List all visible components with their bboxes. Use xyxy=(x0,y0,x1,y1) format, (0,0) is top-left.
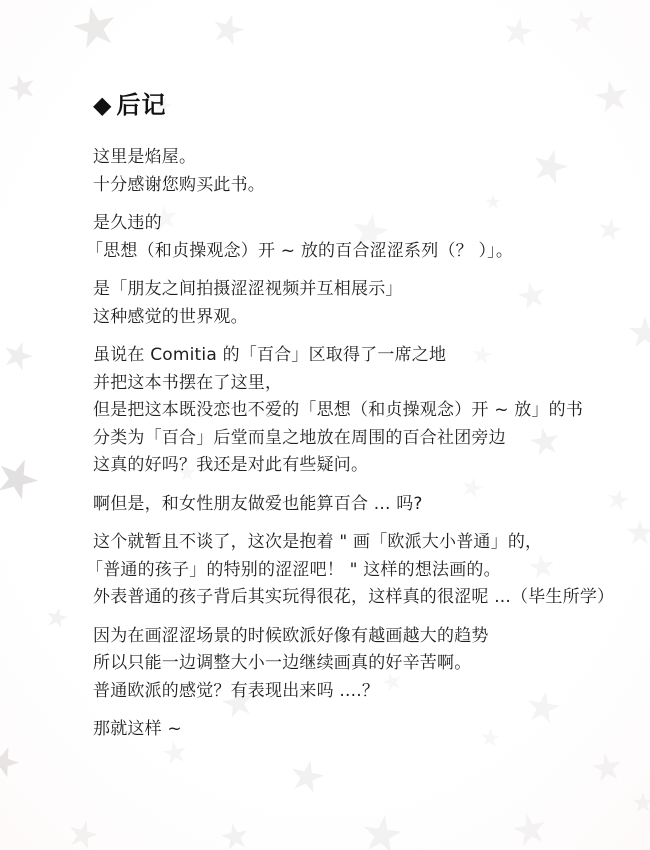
text-line: 啊但是，和女性朋友做爱也能算百合 ... 吗? xyxy=(93,491,613,519)
star-icon xyxy=(44,605,70,631)
diamond-icon: ◆ xyxy=(93,91,112,119)
text-line: 这个就暂且不谈了，这次是抱着 " 画「欧派大小普通」的， xyxy=(93,529,613,557)
star-icon xyxy=(628,316,650,350)
text-line: 那就这样 ~ xyxy=(93,716,613,744)
paragraph-drawing: 因为在画涩涩场景的时候欧派好像有越画越大的趋势 所以只能一边调整大小一边继续画真… xyxy=(93,623,613,706)
star-icon xyxy=(510,810,550,850)
star-icon xyxy=(501,15,536,50)
text-line: 分类为「百合」后堂而皇之地放在周围的百合社团旁边 xyxy=(93,425,613,453)
star-icon xyxy=(219,821,251,850)
text-line: 普通欧派的感觉？有表现出来吗 ....？ xyxy=(93,678,613,706)
text-line: 「普通的孩子」的特别的涩涩吧！ " 这样的想法画的。 xyxy=(86,557,613,585)
text-line: 虽说在 Comitia 的「百合」区取得了一席之地 xyxy=(93,342,613,370)
text-line: 是久违的 xyxy=(93,210,613,238)
text-line: 这种感觉的世界观。 xyxy=(93,304,613,332)
page-title-text: 后记 xyxy=(116,91,166,119)
paragraph-concept: 这个就暂且不谈了，这次是抱着 " 画「欧派大小普通」的， 「普通的孩子」的特别的… xyxy=(93,529,613,612)
text-line: 所以只能一边调整大小一边继续画真的好辛苦啊。 xyxy=(93,650,613,678)
text-line: 这真的好吗？我还是对此有些疑问。 xyxy=(93,452,613,480)
star-icon xyxy=(0,452,44,507)
text-line: 外表普通的孩子背后其实玩得很花，这样真的很涩呢 ...（毕生所学） xyxy=(93,584,613,612)
text-line: 但是把这本既没恋也不爱的「思想（和贞操观念）开 ~ 放」的书 xyxy=(93,397,613,425)
star-icon xyxy=(359,812,404,850)
afterword-page: ◆后记 这里是焰屋。 十分感谢您购买此书。 是久违的 「思想（和贞操观念）开 ~… xyxy=(0,0,650,850)
star-icon xyxy=(568,8,596,36)
text-line: 并把这本书摆在了这里， xyxy=(93,370,613,398)
star-icon xyxy=(4,70,39,105)
star-icon xyxy=(0,337,37,375)
page-title: ◆后记 xyxy=(93,90,613,120)
star-icon xyxy=(590,751,624,785)
paragraph-worldview: 是「朋友之间拍摄涩涩视频并互相展示」 这种感觉的世界观。 xyxy=(93,276,613,331)
paragraph-greeting: 这里是焰屋。 十分感谢您购买此书。 xyxy=(93,144,613,199)
star-icon xyxy=(626,519,650,547)
afterword-content: ◆后记 这里是焰屋。 十分感谢您购买此书。 是久违的 「思想（和贞操观念）开 ~… xyxy=(93,90,613,755)
star-icon xyxy=(632,792,650,814)
star-icon xyxy=(65,817,102,850)
star-icon xyxy=(208,10,247,49)
paragraph-comitia: 虽说在 Comitia 的「百合」区取得了一席之地 并把这本书摆在了这里， 但是… xyxy=(93,342,613,480)
text-line: 这里是焰屋。 xyxy=(93,144,613,172)
text-line: 因为在画涩涩场景的时候欧派好像有越画越大的趋势 xyxy=(93,623,613,651)
star-icon xyxy=(69,2,121,54)
text-line: 十分感谢您购买此书。 xyxy=(93,172,613,200)
text-line: 「思想（和贞操观念）开 ~ 放的百合涩涩系列（？ ）」。 xyxy=(86,238,613,266)
paragraph-signoff: 那就这样 ~ xyxy=(93,716,613,744)
text-line: 是「朋友之间拍摄涩涩视频并互相展示」 xyxy=(93,276,613,304)
star-icon xyxy=(287,757,327,797)
paragraph-question: 啊但是，和女性朋友做爱也能算百合 ... 吗? xyxy=(93,491,613,519)
star-icon xyxy=(0,741,24,782)
paragraph-series: 是久违的 「思想（和贞操观念）开 ~ 放的百合涩涩系列（？ ）」。 xyxy=(93,210,613,265)
